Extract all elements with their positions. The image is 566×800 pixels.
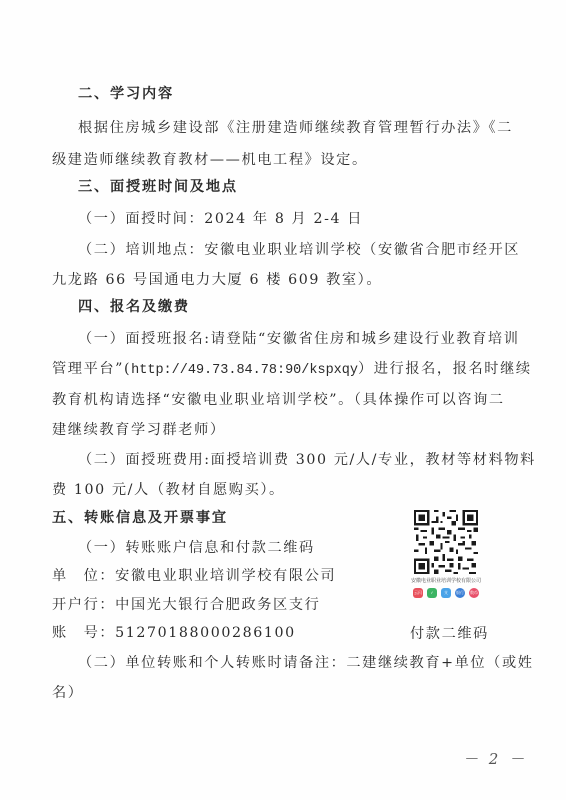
- account-number-label: 账 号：: [52, 625, 115, 641]
- paragraph-line: 根据住房城乡建设部《注册建造师继续教育管理暂行办法》《二: [78, 118, 513, 138]
- bank-branch-label: 开户行：: [52, 597, 115, 613]
- payment-icons: 云闪付 ✓ 支 银行 数币: [398, 588, 494, 598]
- payment-qr-block: 安徽电业职业培训学校有限公司 云闪付 ✓ 支 银行 数币: [398, 510, 494, 598]
- transfer-note-line: 名）: [52, 683, 84, 703]
- training-location-line: 九龙路 66 号国通电力大厦 6 楼 609 教室）。: [52, 270, 382, 290]
- wechat-pay-icon: ✓: [427, 588, 437, 598]
- bank-branch: 开户行：中国光大银行合肥政务区支行: [52, 595, 320, 615]
- registration-line: 建继续教育学习群老师）: [52, 420, 226, 440]
- fee-line: 费 100 元/人（教材自愿购买）。: [52, 480, 285, 500]
- bank-branch-value: 中国光大银行合肥政务区支行: [115, 597, 320, 613]
- registration-line: 教育机构请选择“安徽电业职业培训学校”。（具体操作可以咨询二: [52, 390, 505, 410]
- payee-unit-label: 单 位：: [52, 568, 115, 584]
- qr-label: 付款二维码: [410, 623, 489, 643]
- alipay-icon: 支: [441, 588, 451, 598]
- unionpay-cloud-icon: 云闪付: [413, 588, 423, 598]
- payee-unit: 单 位：安徽电业职业培训学校有限公司: [52, 566, 336, 586]
- registration-url-link[interactable]: http://49.73.84.78:90/kspxqy: [131, 363, 358, 378]
- payee-unit-value: 安徽电业职业培训学校有限公司: [115, 568, 336, 584]
- account-number: 账 号：51270188000286100: [52, 623, 296, 643]
- registration-text: ）进行报名，报名时继续: [358, 361, 532, 377]
- transfer-note-line: （二）单位转账和个人转账时请备注：二建继续教育+单位（或姓: [78, 653, 534, 673]
- payment-qr-code[interactable]: [414, 510, 478, 574]
- registration-line: （一）面授班报名:请登陆“安徽省住房和城乡建设行业教育培训: [78, 329, 520, 349]
- registration-text: 管理平台”(: [52, 361, 131, 377]
- fee-line: （二）面授班费用:面授培训费 300 元/人/专业，教材等材料物料: [78, 450, 536, 470]
- account-number-value: 51270188000286100: [115, 625, 296, 641]
- section-heading-registration-fees: 四、报名及缴费: [78, 297, 190, 317]
- section-heading-study-content: 二、学习内容: [78, 84, 174, 104]
- qr-caption: 安徽电业职业培训学校有限公司: [398, 577, 494, 584]
- bank-app-icon: 银行: [455, 588, 465, 598]
- section-heading-transfer-invoice: 五、转账信息及开票事宜: [52, 508, 228, 528]
- page-number: － 2 －: [463, 748, 527, 769]
- training-location-line: （二）培训地点：安徽电业职业培训学校（安徽省合肥市经开区: [78, 240, 520, 260]
- digital-rmb-icon: 数币: [469, 588, 479, 598]
- section-heading-time-location: 三、面授班时间及地点: [78, 177, 238, 197]
- paragraph-line: 级建造师继续教育教材——机电工程》设定。: [52, 150, 368, 170]
- registration-line: 管理平台”(http://49.73.84.78:90/kspxqy）进行报名，…: [52, 359, 532, 381]
- training-time: （一）面授时间：2024 年 8 月 2-4 日: [78, 209, 363, 229]
- document-page: 二、学习内容 根据住房城乡建设部《注册建造师继续教育管理暂行办法》《二 级建造师…: [0, 0, 566, 800]
- transfer-subheading: （一）转账账户信息和付款二维码: [78, 538, 315, 558]
